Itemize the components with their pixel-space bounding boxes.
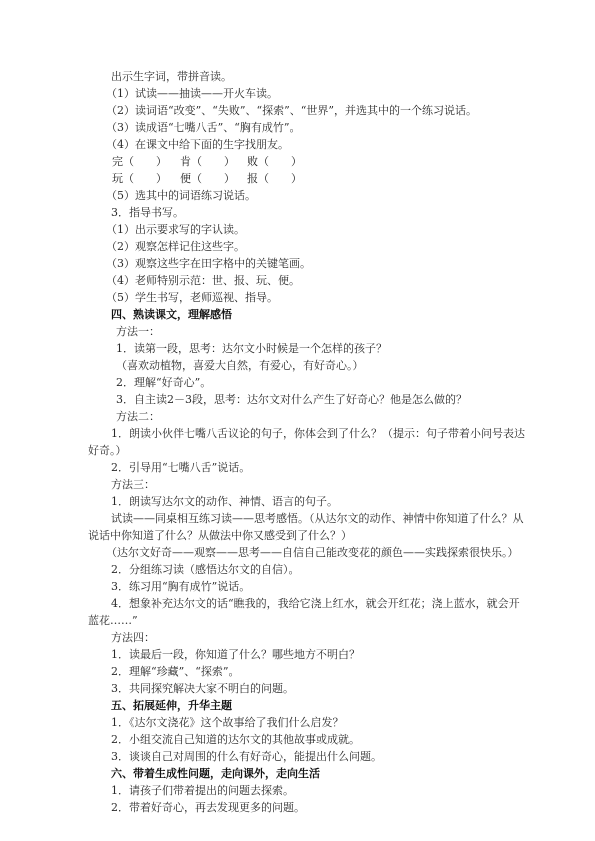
text-line: 1．朗读小伙伴七嘴八舌议论的句子，你体会到了什么？（提示：句子带着小问号表达 [111, 427, 525, 440]
char-blank: （ ） [191, 172, 235, 185]
char-label: 肯 [180, 155, 191, 168]
text-line: （4）老师特别示范：世、报、玩、便。 [106, 274, 300, 287]
char-blank: （ ） [123, 172, 167, 185]
char-label: 报 [247, 172, 258, 185]
char-table-cell: 败（ ） [247, 155, 302, 168]
text-line: 2．分组练习读（感悟达尔文的自信）。 [111, 563, 300, 576]
text-line: 方法三： [111, 478, 155, 491]
text-line: 4．想象补充达尔文的话“瞧我的，我给它浇上红水，就会开红花；浇上蓝水，就会开 [111, 597, 520, 610]
text-line: （3）观察这些字在田字格中的关键笔画。 [106, 257, 311, 270]
text-line: 2．理解“好奇心”。 [116, 376, 211, 389]
text-line: 2．理解“珍藏”、“探索”。 [111, 665, 240, 678]
text-line: （1）试读——抽读——开火车读。 [106, 87, 278, 100]
text-line: 1．《达尔文浇花》这个故事给了我们什么启发？ [111, 716, 344, 729]
text-line: （达尔文好奇——观察——思考——自信自己能改变花的颜色——实践探索很快乐。） [106, 546, 519, 559]
text-line: 2．小组交流自己知道的达尔文的其他故事或成就。 [111, 733, 360, 746]
char-label: 便 [180, 172, 191, 185]
char-blank: （ ） [123, 155, 167, 168]
char-label: 败 [247, 155, 258, 168]
text-line: 蓝花……” [88, 614, 138, 627]
section-heading: 四、熟读课文，理解感悟 [111, 308, 232, 321]
text-line: （1）出示要求写的字认读。 [106, 223, 245, 236]
text-line: 方法一： [116, 325, 160, 338]
text-line: 3．谈谈自己对周围的什么有好奇心，能提出什么问题。 [111, 750, 382, 763]
text-line: 1．读第一段，思考：达尔文小时候是一个怎样的孩子？ [116, 342, 387, 355]
section-heading: 五、拓展延伸，升华主题 [111, 699, 232, 712]
char-table-cell: 玩（ ） [112, 172, 167, 185]
text-line: 1．朗读写达尔文的动作、神情、语言的句子。 [111, 495, 338, 508]
text-line: （5）选其中的词语练习说话。 [106, 189, 256, 202]
text-line: 1．读最后一段，你知道了什么？哪些地方不明白？ [111, 648, 360, 661]
text-line: （2）读词语“改变”、“失败”、“探索”、“世界”，并选其中的一个练习说话。 [106, 104, 477, 117]
text-line: 2．引导用“七嘴八舌”说话。 [111, 461, 250, 474]
char-table-cell: 肯（ ） [180, 155, 235, 168]
char-label: 玩 [112, 172, 123, 185]
text-line: 3．自主读2－3段，思考：达尔文对什么产生了好奇心？他是怎么做的？ [116, 393, 467, 406]
char-blank: （ ） [258, 155, 302, 168]
text-line: 说话中你知道了什么？从做法中你又感受到了什么？） [88, 529, 352, 542]
char-table-cell: 完（ ） [112, 155, 167, 168]
char-blank: （ ） [258, 172, 302, 185]
text-line: （5）学生书写，老师巡视、指导。 [106, 291, 278, 304]
text-line: 方法四： [111, 631, 155, 644]
text-line: 1．请孩子们带着提出的问题去探索。 [111, 784, 294, 797]
text-line: 2．带着好奇心，再去发现更多的问题。 [111, 801, 305, 814]
text-line: （4）在课文中给下面的生字找朋友。 [106, 138, 289, 151]
section-heading: 六、带着生成性问题，走向课外，走向生活 [111, 767, 320, 780]
char-table-cell: 便（ ） [180, 172, 235, 185]
text-line: （3）读成语“七嘴八舌”、“胸有成竹”。 [106, 121, 301, 134]
text-line: 出示生字词，带拼音读。 [111, 70, 232, 83]
text-line: 3．指导书写。 [111, 206, 184, 219]
text-line: 方法二： [116, 410, 160, 423]
text-line: （2）观察怎样记住这些字。 [106, 240, 245, 253]
char-blank: （ ） [191, 155, 235, 168]
text-line: 好奇。） [88, 444, 127, 457]
text-line: 3．共同探究解决大家不明白的问题。 [111, 682, 294, 695]
text-line: 3．练习用“胸有成竹”说话。 [111, 580, 250, 593]
char-label: 完 [112, 155, 123, 168]
document-page: 出示生字词，带拼音读。（1）试读——抽读——开火车读。（2）读词语“改变”、“失… [0, 0, 595, 841]
text-line: 试读——同桌相互练习读——思考感悟。（从达尔文的动作、神情中你知道了什么？从 [111, 512, 524, 525]
char-table-cell: 报（ ） [247, 172, 302, 185]
text-line: （喜欢动植物，喜爱大自然，有爱心，有好奇心。） [116, 359, 364, 372]
